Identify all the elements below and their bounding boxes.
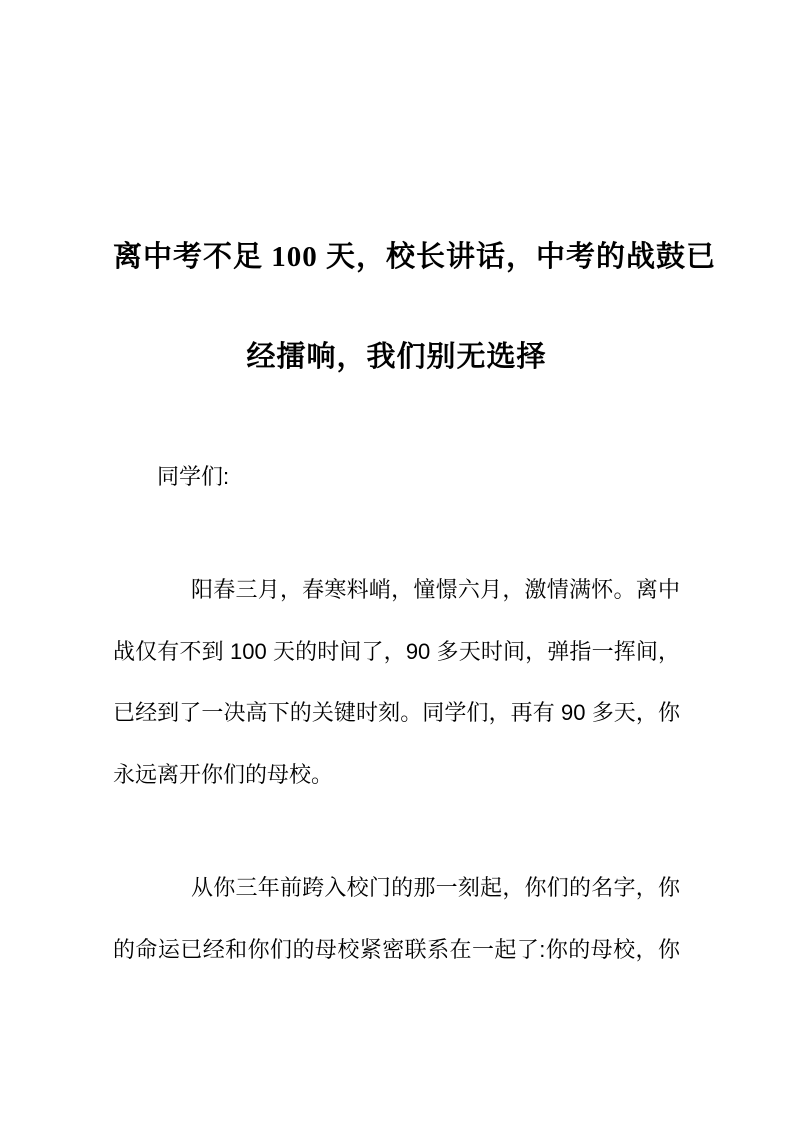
text-line: 的命运已经和你们的母校紧密联系在一起了:你的母校，你的 [113,919,680,981]
paragraph-1: 阳春三月，春寒料峭，憧憬六月，激情满怀。离中考决 战仅有不到 100 天的时间了… [113,559,680,805]
title-line-2: 经擂响，我们别无选择 [113,307,680,407]
paragraph-2: 从你三年前跨入校门的那一刻起，你们的名字，你们 的命运已经和你们的母校紧密联系在… [113,857,680,980]
text-line: 已经到了一决高下的关键时刻。同学们，再有 90 多天，你们将 [113,682,680,744]
text-line: 从你三年前跨入校门的那一刻起，你们的名字，你们 [113,857,680,919]
title-line-1: 离中考不足 100 天，校长讲话，中考的战鼓已 [113,207,680,307]
salutation: 同学们: [113,446,680,508]
text-line: 阳春三月，春寒料峭，憧憬六月，激情满怀。离中考决 [113,559,680,621]
document-title: 离中考不足 100 天，校长讲话，中考的战鼓已 经擂响，我们别无选择 [113,207,680,407]
text-line: 战仅有不到 100 天的时间了，90 多天时间，弹指一挥间，中考 [113,621,680,683]
document-page: 离中考不足 100 天，校长讲话，中考的战鼓已 经擂响，我们别无选择 同学们: … [0,0,793,1122]
text-line: 永远离开你们的母校。 [113,744,680,806]
